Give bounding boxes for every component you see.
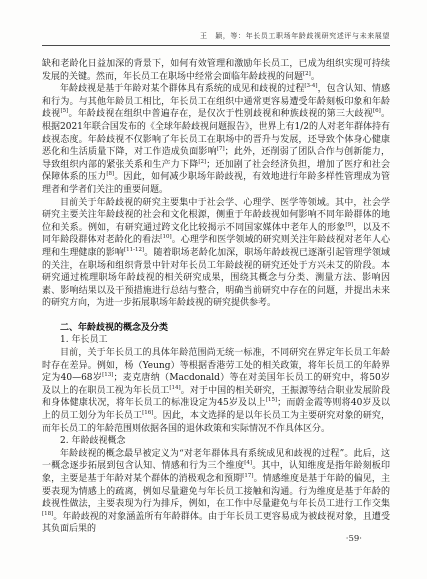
page-number: ·59· (42, 534, 390, 544)
header-rule (42, 45, 390, 46)
paragraph: 目前关于年龄歧视的研究主要集中于社会学、心理学、医学等领域。其中，社会学研究主要… (42, 197, 390, 310)
paragraph: 目前，关于年长员工的具体年龄范围尚无统一标准，不同研究在界定年长员工年龄时存在差… (42, 347, 390, 435)
citation-ref: [3-4] (304, 83, 317, 89)
subsection-heading: 2. 年龄歧视概念 (42, 435, 390, 448)
citation-ref: [9] (345, 222, 353, 228)
citation-ref: [2] (198, 159, 206, 165)
citation-ref: [15] (266, 397, 277, 403)
running-header: 王 颖，等：年长员工职场年龄歧视研究述评与未来展望 (42, 31, 390, 41)
citation-ref: [5] (60, 108, 68, 114)
paragraph: 缺和老龄化日益加深的背景下，如何有效管理和激励年长员工，已成为组织实现可持续发展… (42, 58, 390, 83)
citation-ref: [16] (142, 410, 153, 416)
citation-ref: [13] (102, 372, 113, 378)
citation-ref: [4] (244, 460, 252, 466)
citation-ref: [7] (217, 146, 225, 152)
citation-ref: [14] (169, 385, 180, 391)
citation-ref: [17] (242, 473, 253, 479)
section-heading: 二、年龄歧视的概念及分类 (42, 322, 390, 335)
citation-ref: [2] (303, 71, 311, 77)
citation-ref: [10] (160, 234, 171, 240)
paper-page: 王 颖，等：年长员工职场年龄歧视研究述评与未来展望 缺和老龄化日益加深的背景下，… (0, 0, 427, 579)
citation-ref: [8] (106, 171, 114, 177)
citation-ref: [6] (373, 108, 381, 114)
citation-ref: [18] (42, 511, 53, 517)
article-body: 缺和老龄化日益加深的背景下，如何有效管理和激励年长员工，已成为组织实现可持续发展… (42, 58, 390, 536)
subsection-heading: 1. 年长员工 (42, 334, 390, 347)
paragraph: 年龄歧视的概念最早被定义为“对老年群体具有系统成见和歧视的过程”。此后，这一概念… (42, 448, 390, 536)
citation-ref: [11-12] (124, 247, 144, 253)
paragraph: 年龄歧视是基于年龄对某个群体具有系统的成见和歧视的过程[3-4]，包含认知、情感… (42, 83, 390, 196)
